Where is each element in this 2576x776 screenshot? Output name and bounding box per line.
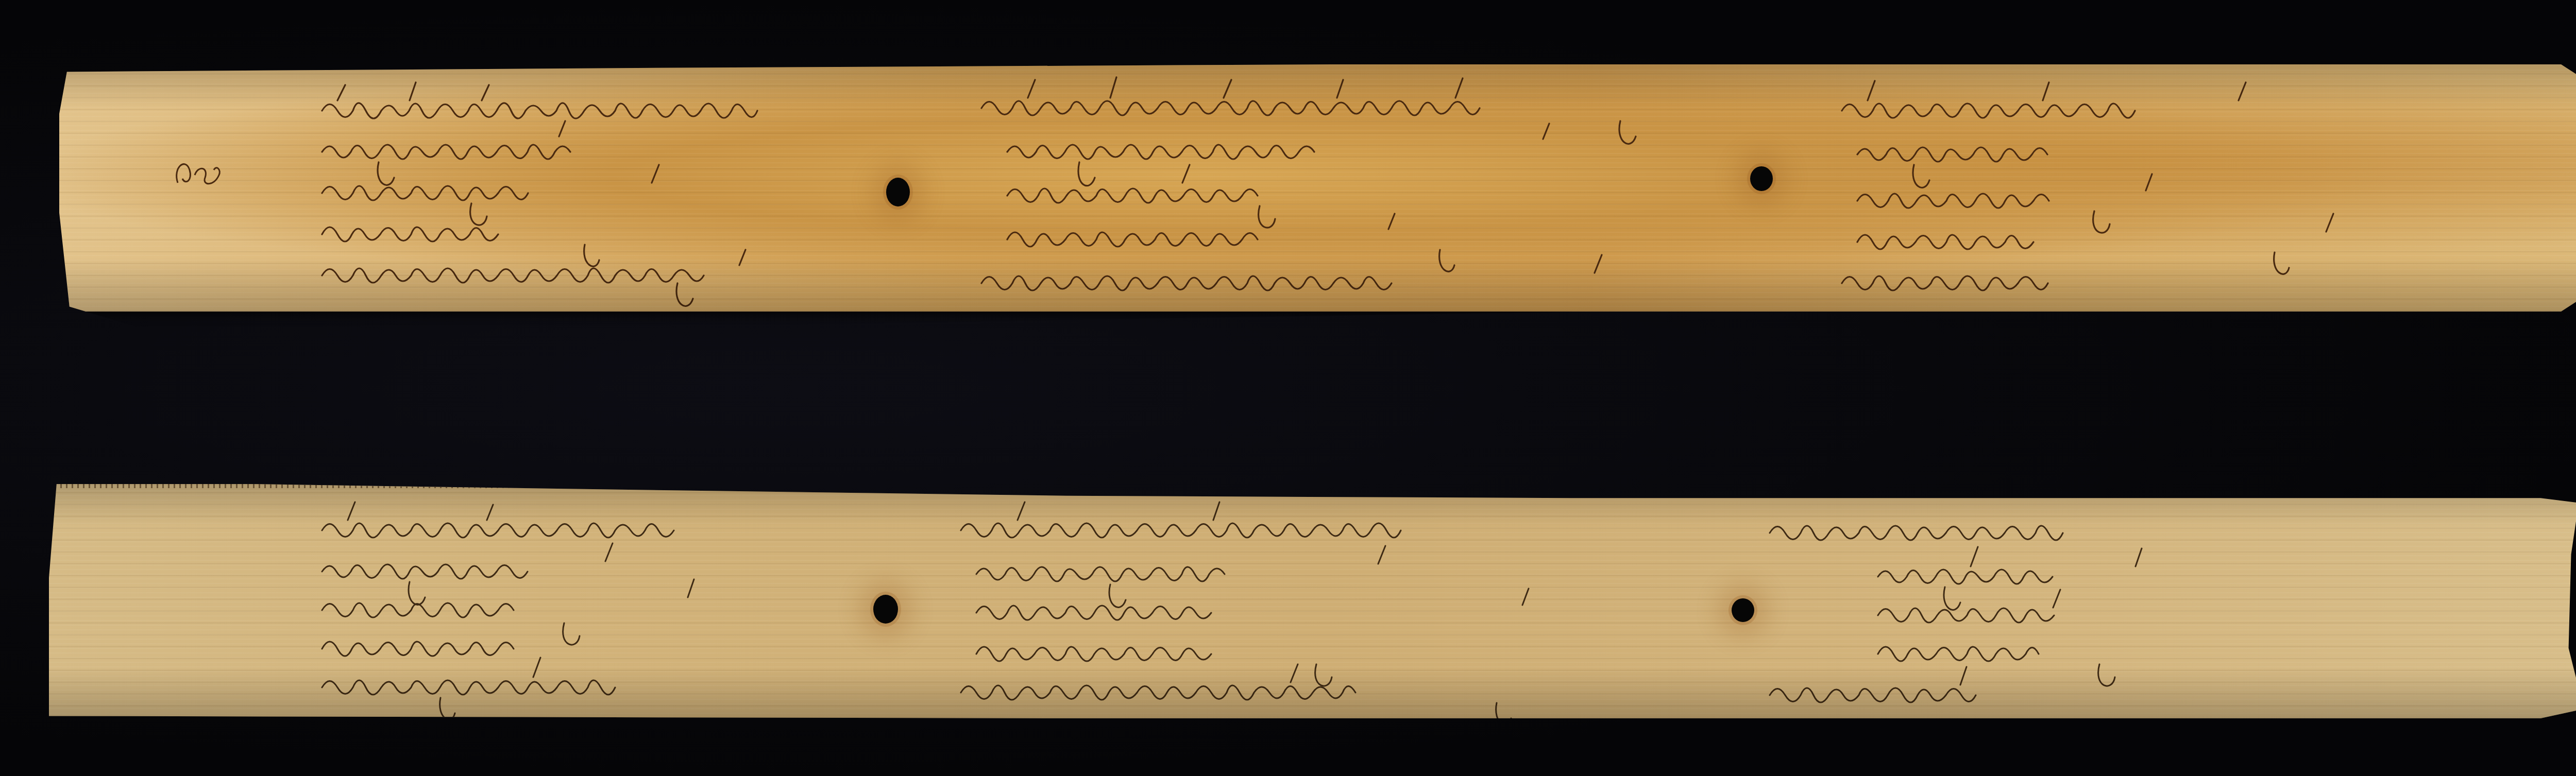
folio-number-mark xyxy=(170,147,227,193)
string-hole-right xyxy=(1732,598,1754,622)
text-column-left xyxy=(317,80,858,301)
script-lines-middle xyxy=(956,507,1708,713)
text-column-right xyxy=(1765,505,2367,711)
script-lines-middle xyxy=(976,75,1723,301)
string-hole-right xyxy=(1750,166,1773,191)
palm-leaf-bottom xyxy=(49,484,2576,718)
text-column-left xyxy=(317,505,873,711)
string-hole-left xyxy=(873,595,898,624)
text-column-right xyxy=(1837,72,2393,301)
text-column-middle xyxy=(976,75,1723,301)
script-lines-left xyxy=(317,80,858,301)
script-lines-left xyxy=(317,505,873,711)
text-column-middle xyxy=(956,507,1708,713)
script-lines-right xyxy=(1765,505,2367,711)
palm-leaf-top xyxy=(59,64,2576,312)
script-lines-right xyxy=(1837,72,2393,301)
string-hole-left xyxy=(886,178,910,206)
